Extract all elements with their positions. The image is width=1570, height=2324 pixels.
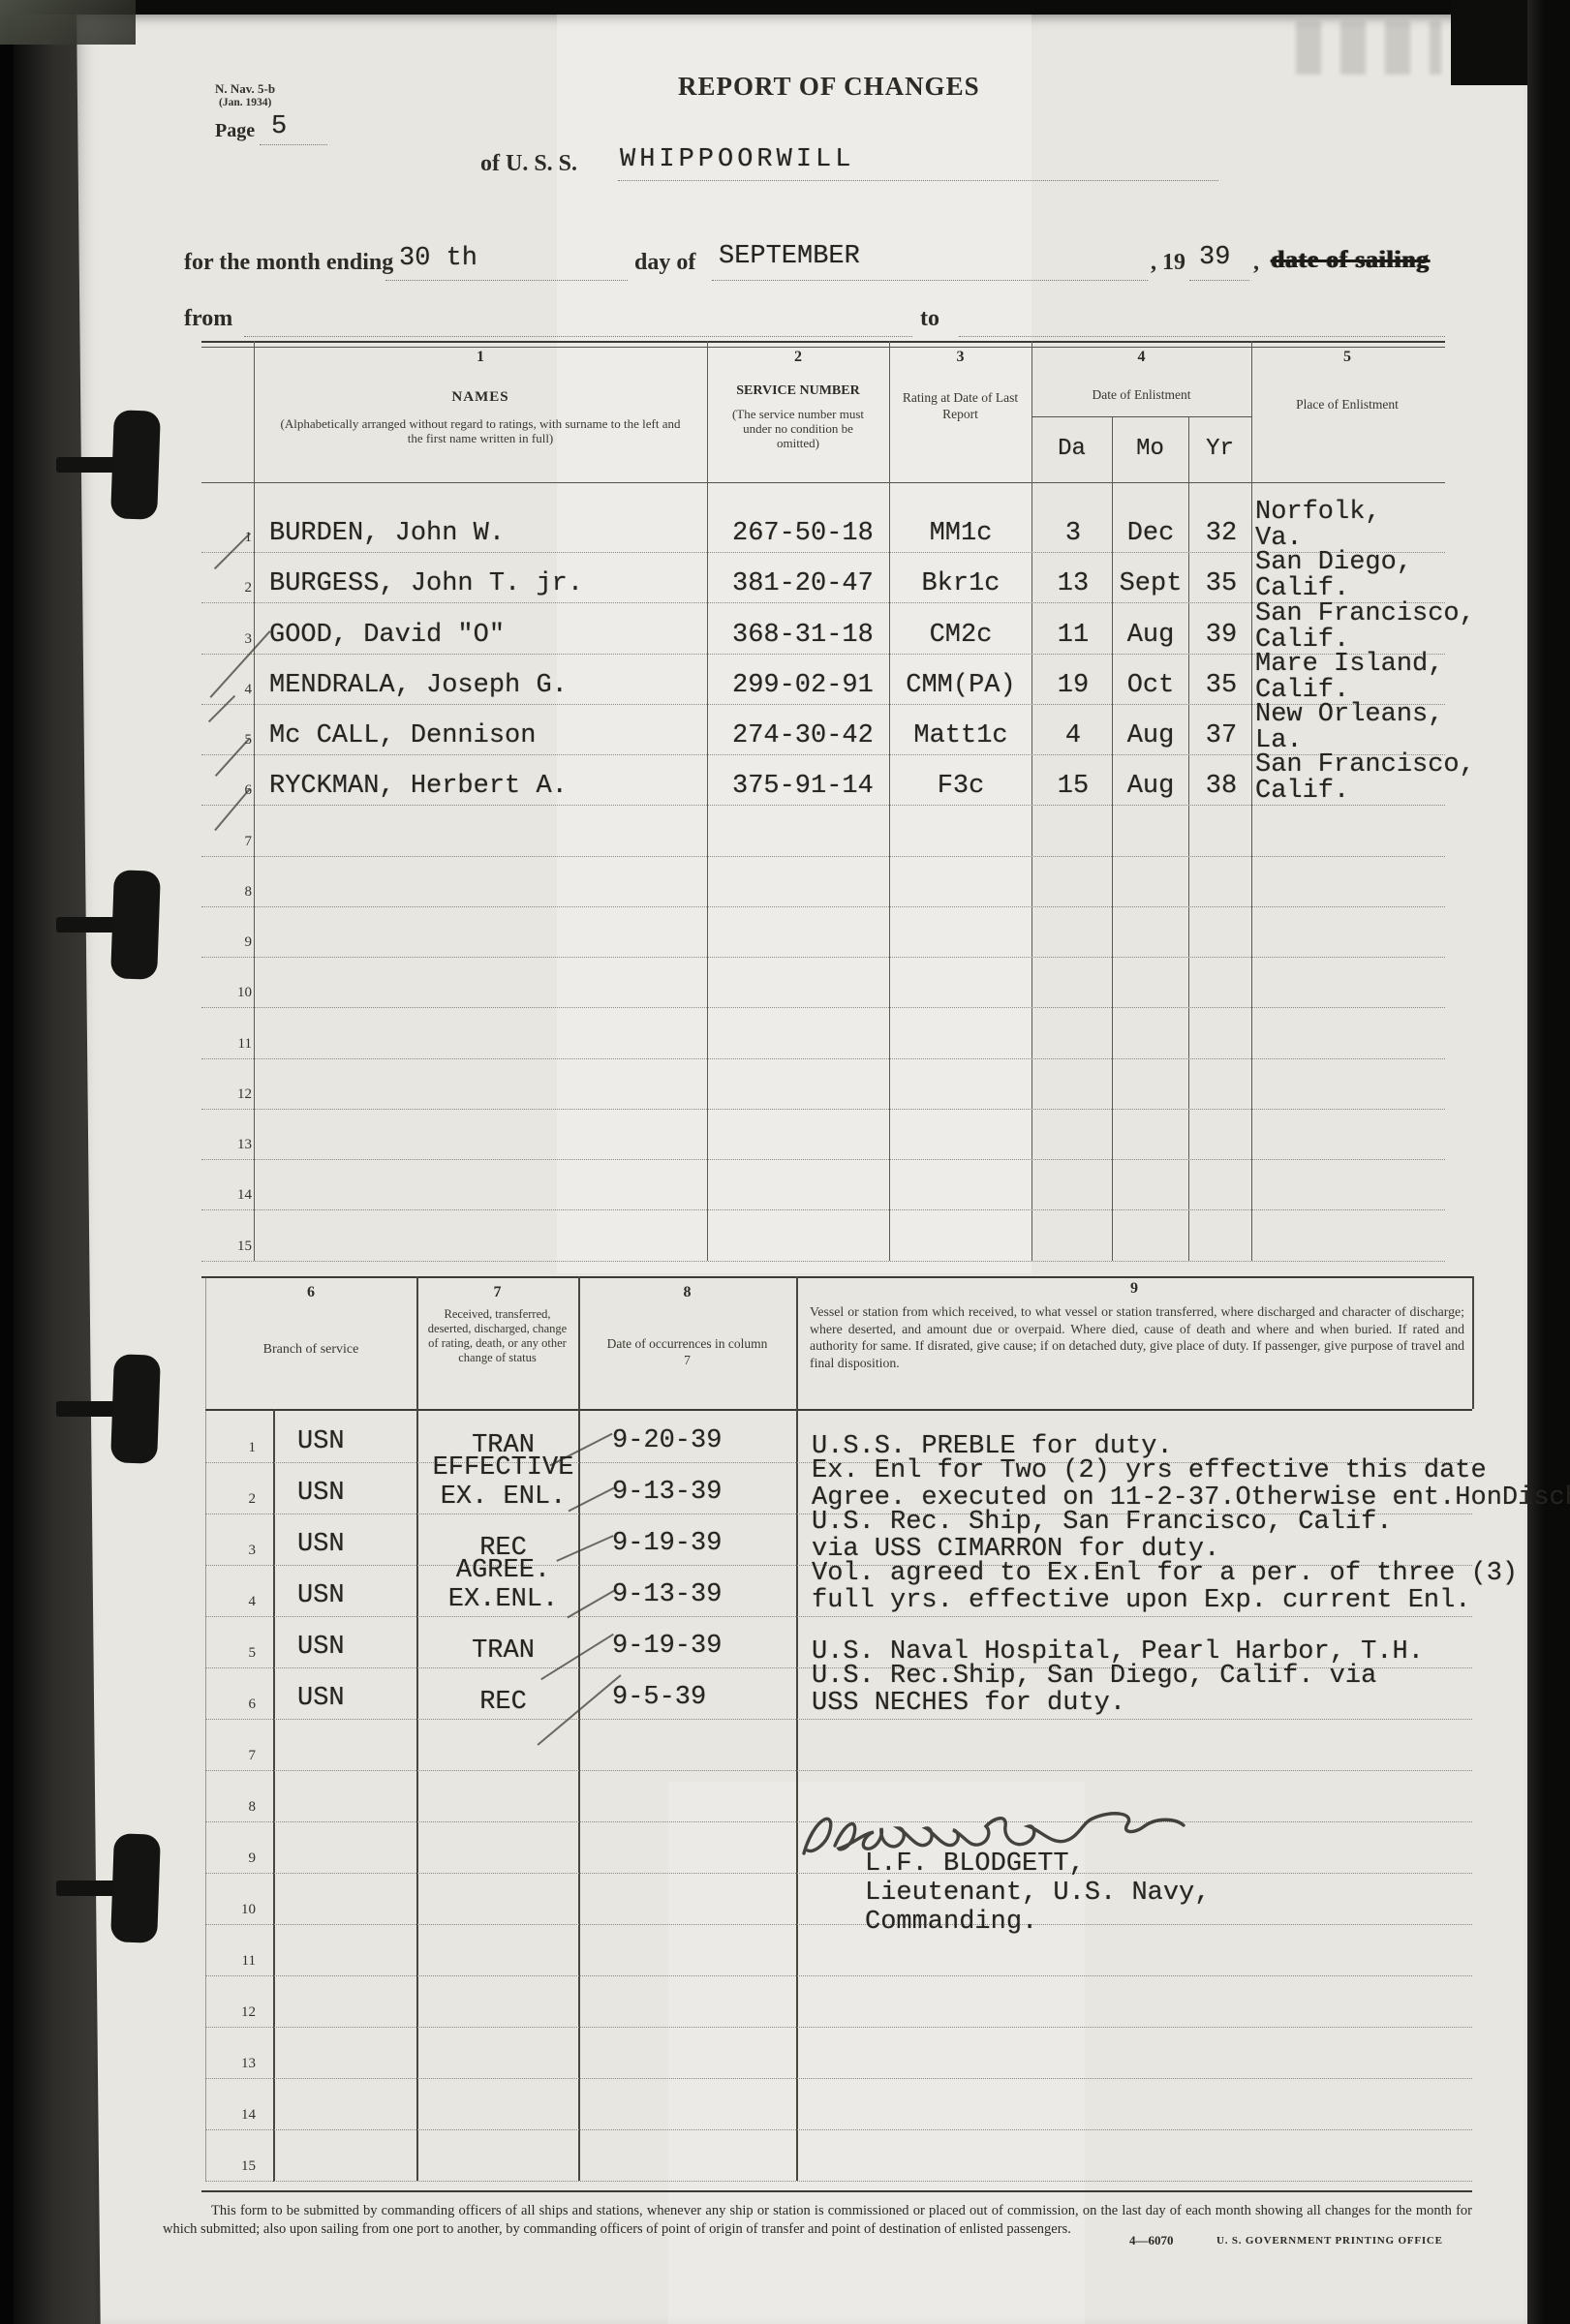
date-cell: 9-19-39 bbox=[612, 1531, 722, 1557]
binder-clip-icon bbox=[110, 410, 161, 520]
row-number: 14 bbox=[221, 2107, 256, 2124]
binder-clip-icon bbox=[56, 1401, 116, 1417]
printing-office: U. S. GOVERNMENT PRINTING OFFICE bbox=[1216, 2235, 1443, 2247]
place-cell: San Francisco,Calif. bbox=[1255, 601, 1475, 654]
place-line1: New Orleans, bbox=[1255, 702, 1443, 728]
col1-number: 1 bbox=[254, 349, 707, 366]
row-number: 3 bbox=[217, 631, 252, 648]
enlist-month-cell: Aug bbox=[1113, 774, 1188, 800]
table-row: 7 bbox=[201, 806, 1445, 857]
row-number: 6 bbox=[221, 1697, 256, 1713]
table-row: 11 bbox=[205, 1924, 1472, 1976]
ship-name: WHIPPOORWILL bbox=[620, 147, 854, 173]
scan-edge-right bbox=[1527, 0, 1570, 2324]
change-line: AGREE. bbox=[418, 1556, 588, 1585]
place-line1: Mare Island, bbox=[1255, 652, 1443, 678]
ship-prefix-label: of U. S. S. bbox=[480, 151, 577, 177]
rating-cell: CM2c bbox=[891, 623, 1031, 649]
enlist-month-cell: Dec bbox=[1113, 521, 1188, 547]
year-underline bbox=[1189, 280, 1249, 281]
place-cell: Mare Island,Calif. bbox=[1255, 652, 1443, 704]
table-row: 15 bbox=[205, 2129, 1472, 2182]
table-row: 15 bbox=[201, 1210, 1445, 1262]
form-revision: (Jan. 1934) bbox=[219, 97, 271, 108]
signature-typed-name: L.F. BLODGETT, bbox=[865, 1851, 1085, 1878]
enlist-month-cell: Aug bbox=[1113, 623, 1188, 649]
enlist-day-cell: 13 bbox=[1032, 571, 1114, 597]
service-number-cell: 267-50-18 bbox=[732, 521, 874, 547]
row-number: 2 bbox=[221, 1491, 256, 1508]
place-line1: San Francisco, bbox=[1255, 601, 1475, 627]
table-row: 5 USN TRAN 9-19-39 U.S. Naval Hospital, … bbox=[205, 1616, 1472, 1668]
place-line1: San Francisco, bbox=[1255, 752, 1475, 779]
document-title: REPORT OF CHANGES bbox=[678, 72, 980, 102]
rating-cell: Bkr1c bbox=[891, 571, 1031, 597]
col3-title: Rating at Date of Last Report bbox=[893, 389, 1028, 422]
enlist-day-cell: 3 bbox=[1032, 521, 1114, 547]
name-cell: BURDEN, John W. bbox=[269, 521, 505, 547]
enlist-year-cell: 38 bbox=[1190, 774, 1252, 800]
change-line: TRAN bbox=[418, 1636, 588, 1666]
date-cell: 9-13-39 bbox=[612, 1480, 722, 1506]
row-number: 7 bbox=[221, 1748, 256, 1764]
row-number: 4 bbox=[221, 1594, 256, 1610]
table-row: 2 USN EFFECTIVEEX. ENL. 9-13-39 Ex. Enl … bbox=[205, 1462, 1472, 1514]
table-row: 11 bbox=[201, 1008, 1445, 1059]
from-underline bbox=[244, 336, 912, 337]
date-of-sailing-struck-text: date of sailing bbox=[1271, 247, 1430, 274]
row-number: 13 bbox=[217, 1137, 252, 1153]
table-row: 8 bbox=[201, 856, 1445, 907]
table-row: 14 bbox=[201, 1159, 1445, 1210]
col6-title: Branch of service bbox=[205, 1342, 416, 1358]
enlist-year-cell: 39 bbox=[1190, 623, 1252, 649]
row-number: 13 bbox=[221, 2056, 256, 2072]
table-border bbox=[201, 341, 1445, 343]
place-cell: Norfolk,Va. bbox=[1255, 500, 1381, 552]
col8-title: Date of occurrences in column 7 bbox=[602, 1336, 772, 1368]
change-line: EX.ENL. bbox=[418, 1585, 588, 1614]
column-divider bbox=[1472, 1276, 1474, 1409]
detail-line: USS NECHES for duty. bbox=[812, 1690, 1376, 1717]
branch-cell: USN bbox=[297, 1429, 345, 1455]
enlist-day-cell: 11 bbox=[1032, 623, 1114, 649]
name-cell: Mc CALL, Dennison bbox=[269, 723, 536, 749]
col3-number: 3 bbox=[889, 349, 1031, 366]
place-line2: Calif. bbox=[1255, 779, 1475, 805]
enlist-year-cell: 37 bbox=[1190, 723, 1252, 749]
table-border bbox=[201, 482, 1445, 483]
comma-label: , bbox=[1253, 250, 1259, 276]
signature-rank: Lieutenant, U.S. Navy, bbox=[865, 1881, 1210, 1907]
col5-title: Place of Enlistment bbox=[1251, 397, 1443, 413]
service-number-cell: 274-30-42 bbox=[732, 723, 874, 749]
enlist-month-cell: Aug bbox=[1113, 723, 1188, 749]
name-cell: BURGESS, John T. jr. bbox=[269, 571, 583, 597]
enlist-month-cell: Oct bbox=[1113, 673, 1188, 699]
col2-subtitle: (The service number must under no condit… bbox=[721, 407, 876, 450]
row-number: 5 bbox=[221, 1645, 256, 1662]
table-row: 6 RYCKMAN, Herbert A. 375-91-14 F3c 15 A… bbox=[201, 754, 1445, 806]
enlist-year-cell: 32 bbox=[1190, 521, 1252, 547]
binder-clip-icon bbox=[56, 1881, 116, 1896]
service-number-cell: 381-20-47 bbox=[732, 571, 874, 597]
year-printed-label: , 19 bbox=[1151, 250, 1185, 276]
col9-title: Vessel or station from which received, t… bbox=[810, 1303, 1464, 1371]
table-row: 2 BURGESS, John T. jr. 381-20-47 Bkr1c 1… bbox=[201, 552, 1445, 603]
rating-cell: MM1c bbox=[891, 521, 1031, 547]
table-row: 4 USN AGREE.EX.ENL. 9-13-39 Vol. agreed … bbox=[205, 1565, 1472, 1617]
branch-cell: USN bbox=[297, 1532, 345, 1558]
table-row: 12 bbox=[205, 1975, 1472, 2028]
col4-da-label: Da bbox=[1031, 438, 1112, 461]
binder-clip-icon bbox=[110, 870, 161, 980]
col7-number: 7 bbox=[416, 1284, 578, 1301]
row-number: 10 bbox=[221, 1902, 256, 1918]
service-number-cell: 375-91-14 bbox=[732, 774, 874, 800]
row-number: 8 bbox=[221, 1799, 256, 1816]
page-label: Page bbox=[215, 120, 255, 142]
date-cell: 9-19-39 bbox=[612, 1634, 722, 1660]
enlist-day-cell: 4 bbox=[1032, 723, 1114, 749]
row-number: 14 bbox=[217, 1187, 252, 1204]
to-underline bbox=[959, 336, 1445, 337]
print-code: 4—6070 bbox=[1129, 2233, 1174, 2248]
row-number: 12 bbox=[217, 1086, 252, 1103]
ship-name-underline bbox=[618, 180, 1218, 181]
table-row: 1 BURDEN, John W. 267-50-18 MM1c 3 Dec 3… bbox=[201, 502, 1445, 553]
scan-corner-artifact bbox=[0, 0, 136, 45]
table-row: 12 bbox=[201, 1058, 1445, 1110]
table-row: 1 USN TRAN 9-20-39 U.S.S. PREBLE for dut… bbox=[205, 1411, 1472, 1463]
row-number: 3 bbox=[221, 1543, 256, 1559]
change-line: REC bbox=[418, 1688, 588, 1717]
row-number: 11 bbox=[221, 1953, 256, 1970]
month-underline bbox=[712, 280, 1148, 281]
table-border bbox=[201, 1276, 1472, 1278]
rating-cell: F3c bbox=[891, 774, 1031, 800]
month-ending-label: for the month ending bbox=[184, 250, 393, 276]
scan-edge-top bbox=[0, 0, 1570, 15]
day-underline bbox=[385, 280, 628, 281]
col6-number: 6 bbox=[205, 1284, 416, 1301]
detail-cell: U.S. Rec. Ship, San Francisco, Calif.via… bbox=[812, 1509, 1393, 1563]
from-label: from bbox=[184, 306, 232, 332]
table-row: 6 USN REC 9-5-39 U.S. Rec.Ship, San Dieg… bbox=[205, 1667, 1472, 1720]
row-number: 9 bbox=[217, 934, 252, 951]
table-row: 4 MENDRALA, Joseph G. 299-02-91 CMM(PA) … bbox=[201, 654, 1445, 705]
col2-title: SERVICE NUMBER bbox=[707, 383, 889, 399]
table-row: 10 bbox=[205, 1873, 1472, 1925]
row-number: 15 bbox=[221, 2158, 256, 2175]
place-cell: New Orleans,La. bbox=[1255, 702, 1443, 754]
col4-number: 4 bbox=[1031, 349, 1251, 366]
date-cell: 9-5-39 bbox=[612, 1685, 706, 1711]
binder-clip-icon bbox=[56, 917, 116, 933]
table-row: 3 USN REC 9-19-39 U.S. Rec. Ship, San Fr… bbox=[205, 1514, 1472, 1566]
enlist-month-cell: Sept bbox=[1113, 571, 1188, 597]
col5-number: 5 bbox=[1251, 349, 1443, 366]
col1-subtitle: (Alphabetically arranged without regard … bbox=[271, 416, 690, 445]
row-number: 2 bbox=[217, 580, 252, 596]
day-of-label: day of bbox=[634, 250, 695, 276]
detail-cell: Vol. agreed to Ex.Enl for a per. of thre… bbox=[812, 1560, 1518, 1614]
name-cell: GOOD, David "O" bbox=[269, 623, 505, 649]
place-line1: San Diego, bbox=[1255, 550, 1412, 576]
table-row: 13 bbox=[201, 1109, 1445, 1160]
col2-number: 2 bbox=[707, 349, 889, 366]
scan-ghost-marks bbox=[1296, 21, 1441, 75]
table-row: 10 bbox=[201, 957, 1445, 1008]
row-number: 7 bbox=[217, 834, 252, 850]
name-cell: RYCKMAN, Herbert A. bbox=[269, 774, 568, 800]
signature-commanding: Commanding. bbox=[865, 1910, 1037, 1936]
change-cell: AGREE.EX.ENL. bbox=[418, 1556, 588, 1614]
table-border bbox=[1031, 416, 1251, 417]
table-row: 3 GOOD, David "O" 368-31-18 CM2c 11 Aug … bbox=[201, 603, 1445, 655]
row-number: 10 bbox=[217, 985, 252, 1001]
place-cell: San Francisco,Calif. bbox=[1255, 752, 1475, 805]
place-line2: Calif. bbox=[1255, 576, 1412, 602]
detail-line: Ex. Enl for Two (2) yrs effective this d… bbox=[812, 1457, 1570, 1484]
name-cell: MENDRALA, Joseph G. bbox=[269, 673, 568, 699]
page-number: 5 bbox=[271, 114, 287, 140]
page-number-underline bbox=[260, 144, 327, 145]
place-line1: Norfolk, bbox=[1255, 500, 1381, 526]
col8-number: 8 bbox=[578, 1284, 796, 1301]
table-row: 13 bbox=[205, 2027, 1472, 2079]
row-number: 1 bbox=[221, 1440, 256, 1456]
detail-cell: U.S. Rec.Ship, San Diego, Calif. viaUSS … bbox=[812, 1663, 1376, 1717]
rating-cell: CMM(PA) bbox=[891, 673, 1031, 699]
row-number: 12 bbox=[221, 2004, 256, 2021]
branch-cell: USN bbox=[297, 1686, 345, 1712]
row-number: 9 bbox=[221, 1850, 256, 1867]
date-cell: 9-13-39 bbox=[612, 1582, 722, 1608]
branch-cell: USN bbox=[297, 1583, 345, 1609]
col1-title: NAMES bbox=[254, 389, 707, 406]
change-cell: TRAN bbox=[418, 1636, 588, 1666]
change-line: EX. ENL. bbox=[418, 1483, 588, 1512]
to-label: to bbox=[920, 306, 939, 332]
row-number: 11 bbox=[217, 1036, 252, 1053]
footer-instructions: This form to be submitted by commanding … bbox=[163, 2202, 1472, 2239]
enlist-day-cell: 15 bbox=[1032, 774, 1114, 800]
detail-line: U.S. Rec.Ship, San Diego, Calif. via bbox=[812, 1663, 1376, 1690]
change-cell: REC bbox=[418, 1688, 588, 1717]
binder-clip-icon bbox=[110, 1833, 161, 1943]
col7-title: Received, transferred, deserted, dischar… bbox=[424, 1307, 570, 1365]
detail-line: U.S. Rec. Ship, San Francisco, Calif. bbox=[812, 1509, 1393, 1536]
day-value: 30 th bbox=[399, 246, 477, 272]
detail-line: Vol. agreed to Ex.Enl for a per. of thre… bbox=[812, 1560, 1518, 1587]
enlist-year-cell: 35 bbox=[1190, 673, 1252, 699]
row-number: 8 bbox=[217, 884, 252, 901]
change-line: EFFECTIVE bbox=[418, 1453, 588, 1483]
table-row: 14 bbox=[205, 2078, 1472, 2130]
col9-number: 9 bbox=[796, 1280, 1472, 1298]
branch-cell: USN bbox=[297, 1481, 345, 1507]
month-value: SEPTEMBER bbox=[719, 244, 860, 270]
col4-mo-label: Mo bbox=[1112, 438, 1188, 461]
table-border bbox=[201, 2190, 1472, 2192]
row-number: 15 bbox=[217, 1238, 252, 1255]
table-row: 9 bbox=[201, 906, 1445, 958]
col4-title: Date of Enlistment bbox=[1031, 387, 1251, 403]
binder-clip-icon bbox=[110, 1354, 161, 1464]
place-cell: San Diego,Calif. bbox=[1255, 550, 1412, 602]
table-row: 7 bbox=[205, 1719, 1472, 1771]
table-border bbox=[201, 347, 1445, 348]
rating-cell: Matt1c bbox=[891, 723, 1031, 749]
table-row: 5 Mc CALL, Dennison 274-30-42 Matt1c 4 A… bbox=[201, 704, 1445, 755]
service-number-cell: 368-31-18 bbox=[732, 623, 874, 649]
detail-cell: Ex. Enl for Two (2) yrs effective this d… bbox=[812, 1457, 1570, 1512]
change-cell: EFFECTIVEEX. ENL. bbox=[418, 1453, 588, 1512]
year-value: 39 bbox=[1199, 245, 1230, 271]
scan-edge-left bbox=[0, 0, 14, 2324]
binder-clip-icon bbox=[56, 457, 116, 473]
service-number-cell: 299-02-91 bbox=[732, 673, 874, 699]
col4-yr-label: Yr bbox=[1188, 438, 1251, 461]
form-number: N. Nav. 5-b bbox=[215, 81, 275, 97]
enlist-day-cell: 19 bbox=[1032, 673, 1114, 699]
date-cell: 9-20-39 bbox=[612, 1428, 722, 1454]
scanned-document: N. Nav. 5-b (Jan. 1934) Page 5 REPORT OF… bbox=[0, 0, 1570, 2324]
enlist-year-cell: 35 bbox=[1190, 571, 1252, 597]
branch-cell: USN bbox=[297, 1635, 345, 1661]
detail-line: full yrs. effective upon Exp. current En… bbox=[812, 1587, 1518, 1614]
